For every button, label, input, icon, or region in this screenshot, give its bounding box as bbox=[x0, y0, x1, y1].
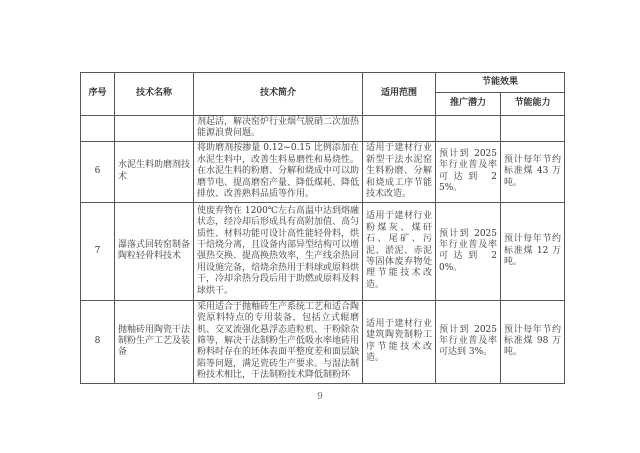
cell-tech-name: 抛釉砖用陶瓷干法制粉生产工艺及装备 bbox=[115, 300, 194, 383]
cell-tech-intro: 剂起活，解决窑炉行业烟气脱硝二次加热能源浪费问题。 bbox=[194, 116, 363, 142]
header-tech-name: 技术名称 bbox=[115, 73, 194, 116]
cell-promotion-potential: 预计到 2025 年行业普及率可达到 20%。 bbox=[436, 202, 501, 300]
cell-empty bbox=[501, 116, 565, 142]
header-promotion-potential: 推广潜力 bbox=[436, 93, 501, 116]
cell-tech-name: 水泥生料助磨剂技术 bbox=[115, 141, 194, 202]
cell-tech-intro: 采用适合于抛釉砖生产系统工艺和适合陶瓷原料特点的专用装备，包括立式辊磨机、交叉流… bbox=[194, 300, 363, 383]
cell-tech-intro: 将助磨剂按掺量 0.12~0.15 比例添加在水泥生料中，改善生料易磨性和易烧性… bbox=[194, 141, 363, 202]
header-saving-capability: 节能能力 bbox=[501, 93, 565, 116]
energy-saving-tech-table: 序号 技术名称 技术简介 适用范围 节能效果 推广潜力 节能能力 剂起活，解决窑… bbox=[80, 72, 565, 384]
header-applicable-scope: 适用范围 bbox=[363, 73, 436, 116]
table-row: 8 抛釉砖用陶瓷干法制粉生产工艺及装备 采用适合于抛釉砖生产系统工艺和适合陶瓷原… bbox=[81, 300, 565, 383]
cell-empty bbox=[436, 116, 501, 142]
cell-promotion-potential: 预计到 2025 年行业普及率可达到 25%。 bbox=[436, 141, 501, 202]
cell-empty bbox=[81, 116, 115, 142]
page-number: 9 bbox=[0, 392, 640, 402]
cell-tech-intro: 使废弃物在 1200℃左右高温中达到熔融状态，经冷却后形成具有高附加值、高匀质性… bbox=[194, 202, 363, 300]
cell-applicable-scope: 适用于建材行业新型干法水泥窑生料粉磨、分解和烧成工序节能技术改造。 bbox=[363, 141, 436, 202]
cell-empty bbox=[115, 116, 194, 142]
cell-serial-number: 7 bbox=[81, 202, 115, 300]
table-row: 7 瀑落式回转窑制备陶粒轻骨料技术 使废弃物在 1200℃左右高温中达到熔融状态… bbox=[81, 202, 565, 300]
table-row-carryover: 剂起活，解决窑炉行业烟气脱硝二次加热能源浪费问题。 bbox=[81, 116, 565, 142]
cell-tech-name: 瀑落式回转窑制备陶粒轻骨料技术 bbox=[115, 202, 194, 300]
cell-applicable-scope: 适用于建材行业粉煤灰、煤矸石、尾矿、污泥、淤泥、赤泥等固体废弃物处理节能技术改造… bbox=[363, 202, 436, 300]
cell-saving-capability: 预计每年节约标准煤 98 万吨。 bbox=[501, 300, 565, 383]
cell-serial-number: 8 bbox=[81, 300, 115, 383]
cell-saving-capability: 预计每年节约标准煤 12 万吨。 bbox=[501, 202, 565, 300]
header-tech-intro: 技术简介 bbox=[194, 73, 363, 116]
header-energy-saving-effect: 节能效果 bbox=[436, 73, 565, 93]
document-page: 序号 技术名称 技术简介 适用范围 节能效果 推广潜力 节能能力 剂起活，解决窑… bbox=[0, 0, 640, 453]
header-serial-number: 序号 bbox=[81, 73, 115, 116]
cell-applicable-scope: 适用于建材行业建筑陶瓷制粉工序节能技术改造。 bbox=[363, 300, 436, 383]
table-header-row-top: 序号 技术名称 技术简介 适用范围 节能效果 bbox=[81, 73, 565, 93]
cell-saving-capability: 预计每年节约标准煤 43 万吨。 bbox=[501, 141, 565, 202]
cell-promotion-potential: 预计到 2025 年行业普及率可达到 3%。 bbox=[436, 300, 501, 383]
table-row: 6 水泥生料助磨剂技术 将助磨剂按掺量 0.12~0.15 比例添加在水泥生料中… bbox=[81, 141, 565, 202]
cell-empty bbox=[363, 116, 436, 142]
cell-serial-number: 6 bbox=[81, 141, 115, 202]
